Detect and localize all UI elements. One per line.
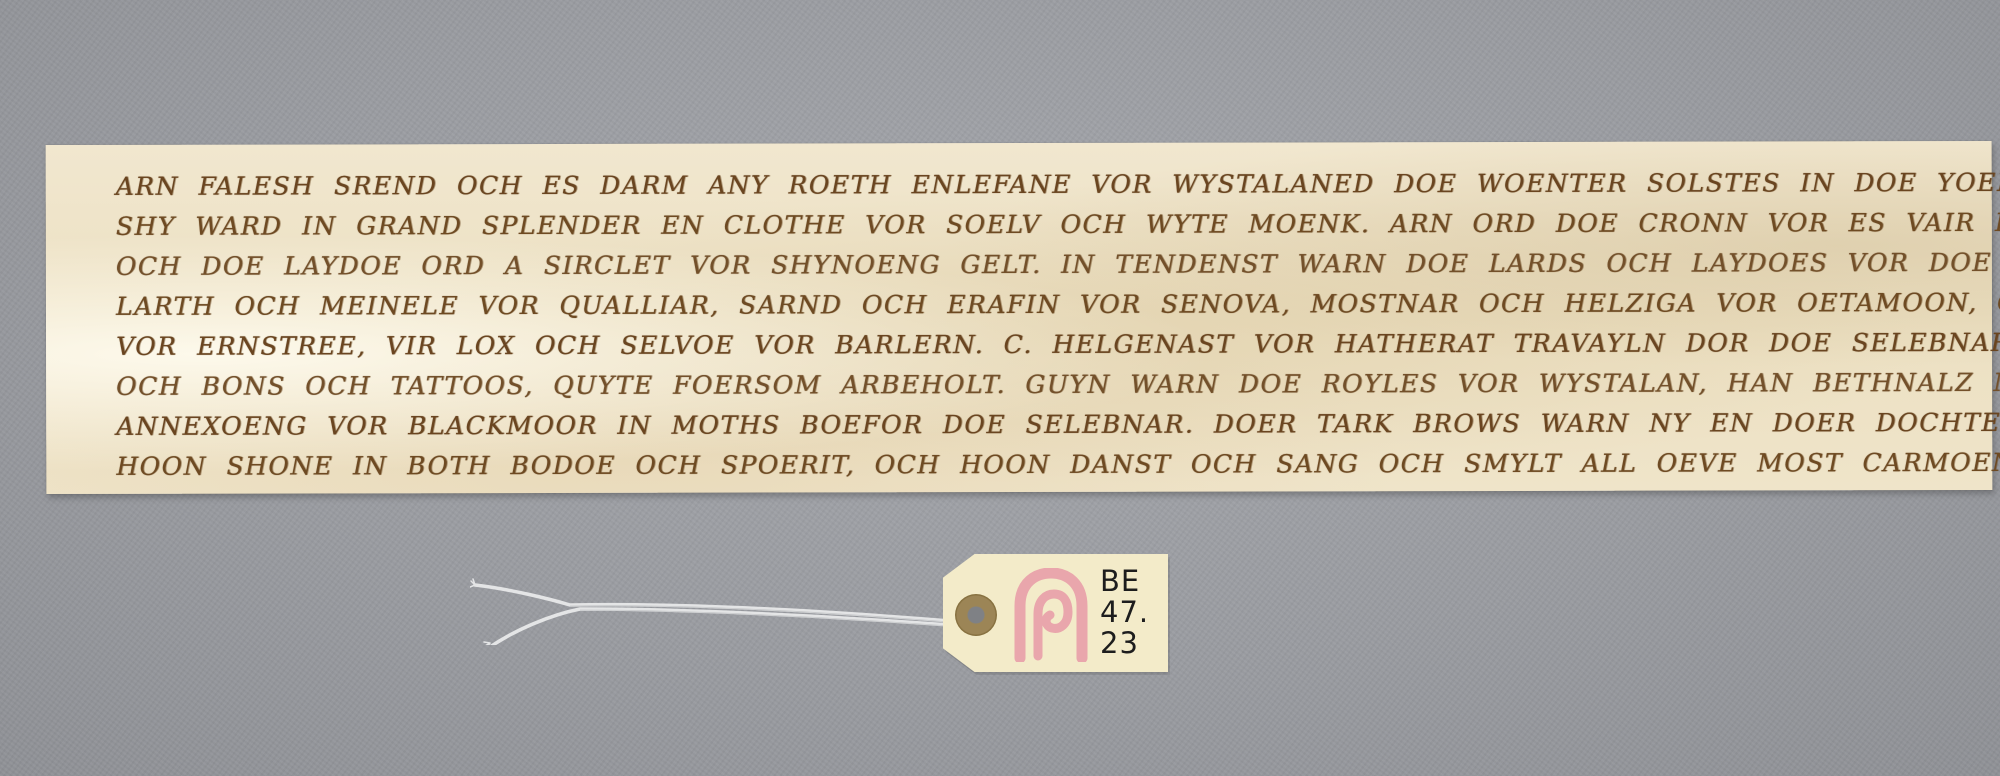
tag-number-line-1: BE (1100, 566, 1164, 597)
tag-accession-number: BE 47. 23 (1100, 566, 1164, 659)
manuscript-line-5: VOR ERNSTREE, VIR LOX OCH SELVOE VOR BAR… (116, 323, 1932, 367)
manuscript-line-3: OCH DOE LAYDOE ORD A SIRCLET VOR SHYNOEN… (116, 243, 1932, 287)
tag-eyelet-icon (955, 594, 997, 636)
manuscript-line-1: ARN FALESH SREND OCH ES DARM ANY ROETH E… (116, 163, 1932, 207)
manuscript-line-6: OCH BONS OCH TATTOOS, QUYTE FOERSOM ARBE… (116, 363, 1932, 407)
tag-number-line-2: 47. (1100, 597, 1164, 628)
manuscript-line-7: ANNEXOENG VOR BLACKMOOR IN MOTHS BOEFOR … (116, 403, 1932, 447)
manuscript-line-8: HOON SHONE IN BOTH BODOE OCH SPOERIT, OC… (116, 443, 1932, 487)
manuscript-strip: ARN FALESH SREND OCH ES DARM ANY ROETH E… (46, 141, 1993, 494)
spiral-stamp-icon (1012, 568, 1090, 662)
manuscript-text: ARN FALESH SREND OCH ES DARM ANY ROETH E… (116, 163, 1933, 487)
tag-string (470, 575, 980, 645)
manuscript-line-2: SHY WARD IN GRAND SPLENDER EN CLOTHE VOR… (116, 203, 1932, 247)
tag-number-line-3: 23 (1100, 628, 1164, 659)
manuscript-line-4: LARTH OCH MEINELE VOR QUALLIAR, SARND OC… (116, 283, 1932, 327)
